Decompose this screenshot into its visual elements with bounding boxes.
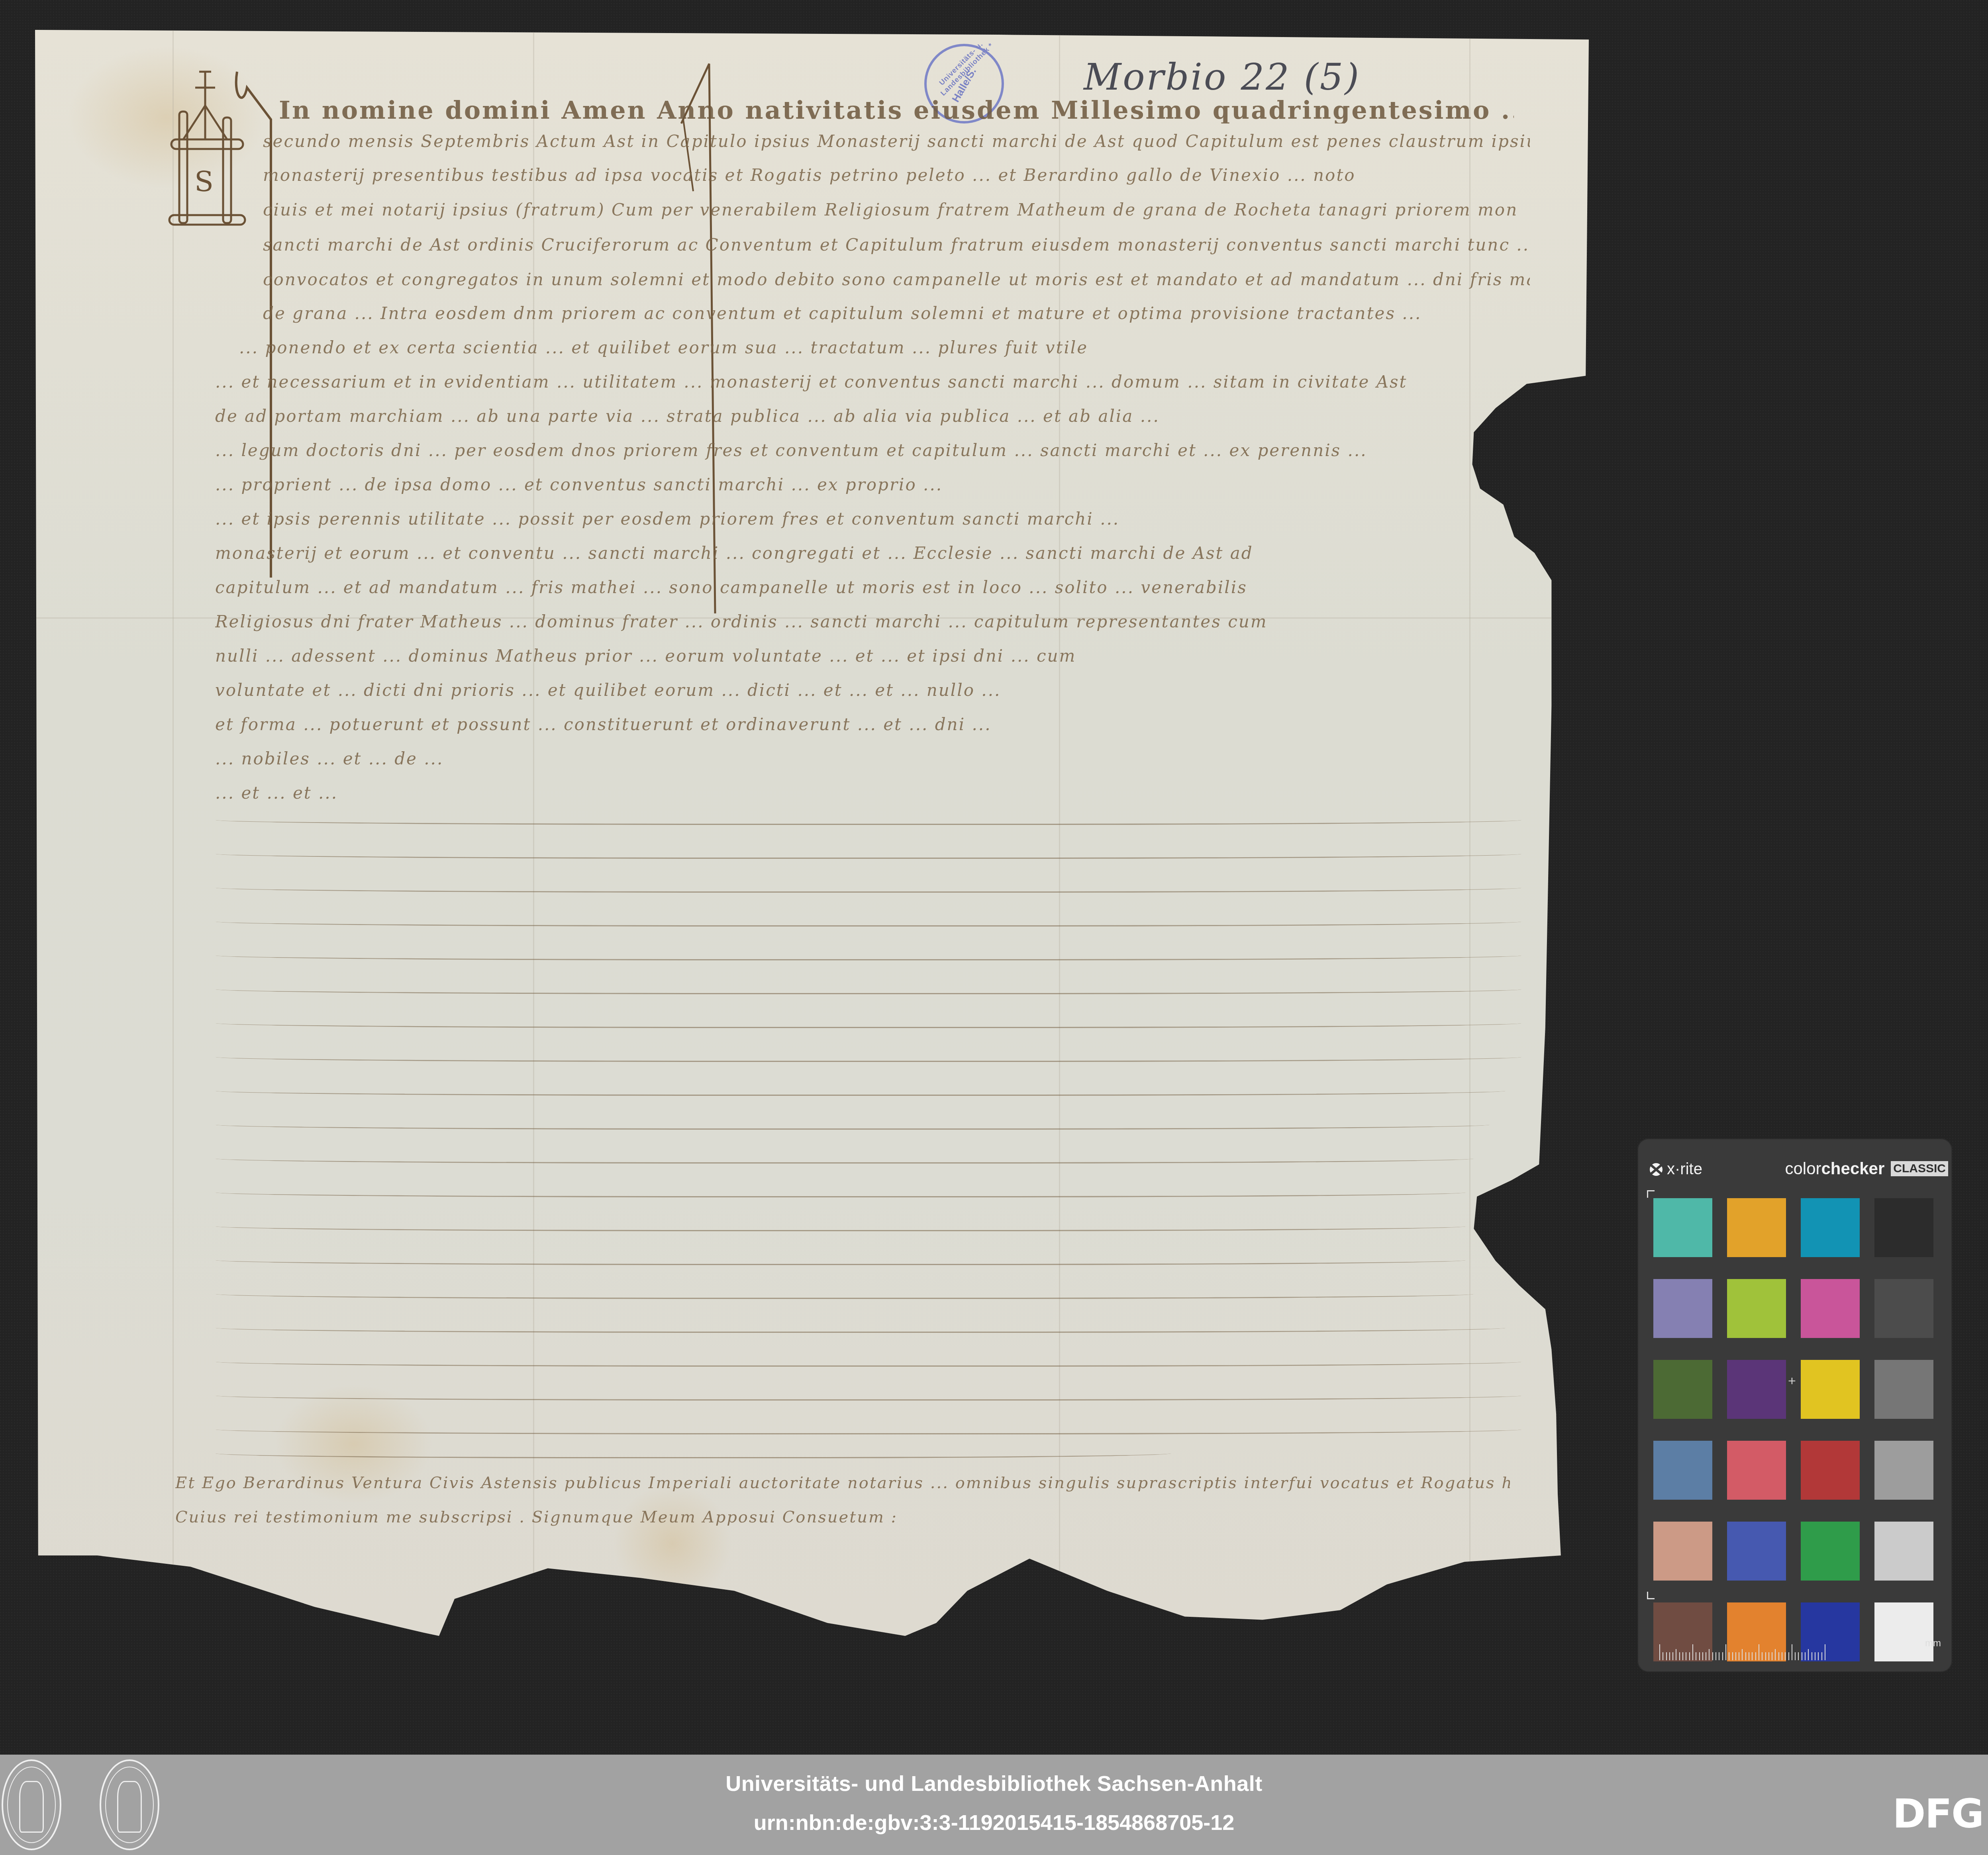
opening-line: In nomine domini Amen Anno nativitatis e… <box>279 96 1514 123</box>
text-line: monasterij presentibus testibus ad ipsa … <box>263 165 1530 193</box>
shelfmark-annotation: Morbio 22 (5) <box>1084 56 1361 98</box>
color-patch <box>1653 1522 1712 1581</box>
ruler-tick <box>1692 1644 1693 1660</box>
text-line: Religiosus dni frater Matheus ... dominu… <box>215 612 1370 640</box>
dfg-logo: DFG <box>1893 1790 1983 1837</box>
ruler-tick <box>1682 1652 1683 1660</box>
text-line: ... et ipsis perennis utilitate ... poss… <box>215 509 1355 537</box>
ruler-tick <box>1808 1649 1809 1660</box>
script-line <box>215 1050 1522 1062</box>
ruler-tick <box>1666 1652 1667 1660</box>
subscription-line: Et Ego Berardinus Ventura Civis Astensis… <box>175 1474 1510 1502</box>
script-line <box>215 1446 1171 1458</box>
ruler-tick <box>1752 1652 1753 1660</box>
ruler-tick <box>1785 1652 1786 1660</box>
institution-name: Universitäts- und Landesbibliothek Sachs… <box>0 1771 1988 1796</box>
xrite-brand: x·rite <box>1649 1160 1702 1178</box>
color-patch <box>1801 1198 1860 1257</box>
color-patch <box>1653 1360 1712 1419</box>
color-patch <box>1801 1441 1860 1500</box>
ruler-unit-label: mm <box>1925 1638 1941 1649</box>
color-patch <box>1653 1441 1712 1500</box>
text-line: sancti marchi de Ast ordinis Cruciferoru… <box>263 235 1530 263</box>
text-line: ... nobiles ... et ... de ... <box>215 749 1482 777</box>
script-line <box>215 948 1522 960</box>
crosshair-icon: + <box>1788 1373 1796 1389</box>
ruler-tick <box>1719 1652 1719 1660</box>
ruler-tick <box>1812 1652 1812 1660</box>
digitization-footer: Universitäts- und Landesbibliothek Sachs… <box>0 1755 1988 1855</box>
ruler-tick <box>1725 1644 1726 1660</box>
ruler-tick <box>1679 1652 1680 1660</box>
text-line: ... et necessarium et in evidentiam ... … <box>215 372 1410 400</box>
ruler-tick <box>1699 1652 1700 1660</box>
ruler-tick <box>1759 1644 1759 1660</box>
ruler-tick <box>1702 1652 1703 1660</box>
ruler-tick <box>1715 1652 1716 1660</box>
ruler-tick <box>1722 1652 1723 1660</box>
scan-background: S Universitäts- u. Landesbibliothek * Ha… <box>0 0 1988 1755</box>
text-line: voluntate et ... dicti dni prioris ... e… <box>215 680 1410 708</box>
xrite-brand-label: x·rite <box>1667 1160 1702 1178</box>
text-line: ... ponendo et ex certa scientia ... et … <box>239 338 1530 366</box>
ruler-tick <box>1729 1652 1729 1660</box>
colorchecker-card: x·rite color checker CLASSIC + mm <box>1637 1138 1952 1672</box>
script-line <box>215 982 1522 994</box>
ruler-tick <box>1689 1652 1690 1660</box>
color-patch <box>1727 1279 1786 1338</box>
script-line <box>215 1388 1522 1401</box>
classic-badge: CLASSIC <box>1891 1161 1948 1176</box>
script-line <box>215 813 1522 825</box>
script-line <box>215 1253 1466 1265</box>
text-line: ... legum doctoris dni ... per eosdem dn… <box>215 441 1370 468</box>
text-line: ciuis et mei notarij ipsius (fratrum) Cu… <box>263 200 1530 228</box>
corner-mark <box>1647 1190 1655 1198</box>
ruler-tick <box>1706 1652 1706 1660</box>
color-patch <box>1874 1360 1933 1419</box>
color-patch <box>1874 1441 1933 1500</box>
title-bold: checker <box>1821 1159 1885 1178</box>
script-line <box>215 846 1522 859</box>
ruler-tick <box>1709 1649 1710 1660</box>
mm-ruler <box>1659 1640 1906 1660</box>
color-patch <box>1874 1279 1933 1338</box>
script-line <box>215 1219 1466 1231</box>
text-line: de ad portam marchiam ... ab una parte v… <box>215 406 1370 434</box>
script-line <box>215 1117 1490 1130</box>
color-patch <box>1653 1198 1712 1257</box>
corner-mark <box>1647 1592 1655 1599</box>
text-line: ... proprient ... de ipsa domo ... et co… <box>215 475 1363 503</box>
ruler-tick <box>1772 1652 1772 1660</box>
script-line <box>215 1185 1466 1197</box>
ruler-tick <box>1768 1652 1769 1660</box>
ruler-tick <box>1802 1652 1802 1660</box>
color-patch <box>1801 1522 1860 1581</box>
script-line <box>215 880 1522 893</box>
ruler-tick <box>1676 1649 1676 1660</box>
ruler-tick <box>1792 1644 1792 1660</box>
ruler-tick <box>1765 1652 1766 1660</box>
script-line <box>215 1320 1506 1333</box>
color-patch <box>1727 1441 1786 1500</box>
ruler-tick <box>1795 1652 1796 1660</box>
text-line: et forma ... potuerunt et possunt ... co… <box>215 715 1450 742</box>
ruler-tick <box>1672 1652 1673 1660</box>
script-line <box>215 1422 1522 1434</box>
ruler-tick <box>1696 1652 1696 1660</box>
script-line <box>215 1287 1474 1299</box>
ruler-tick <box>1755 1652 1756 1660</box>
ruler-tick <box>1825 1644 1825 1660</box>
ruler-tick <box>1686 1652 1686 1660</box>
ruler-tick <box>1821 1652 1822 1660</box>
ruler-tick <box>1745 1652 1746 1660</box>
ruler-tick <box>1775 1649 1776 1660</box>
ruler-tick <box>1798 1652 1799 1660</box>
urn-identifier: urn:nbn:de:gbv:3:3-1192015415-1854868705… <box>0 1810 1988 1835</box>
water-stain <box>613 1484 732 1603</box>
color-patch <box>1653 1279 1712 1338</box>
text-line: secundo mensis Septembris Actum Ast in C… <box>263 131 1530 159</box>
text-line: nulli ... adessent ... dominus Matheus p… <box>215 646 1390 674</box>
title-light: color <box>1785 1159 1821 1178</box>
xrite-logo-icon <box>1649 1163 1663 1176</box>
text-line: capitulum ... et ad mandatum ... fris ma… <box>215 578 1355 605</box>
fold-line <box>173 30 174 1639</box>
svg-text:S: S <box>194 165 214 198</box>
script-line <box>215 914 1522 927</box>
ruler-tick <box>1749 1652 1749 1660</box>
ruler-tick <box>1818 1652 1819 1660</box>
ruler-tick <box>1732 1652 1733 1660</box>
ruler-tick <box>1742 1649 1743 1660</box>
color-patch <box>1727 1360 1786 1419</box>
script-line <box>215 1083 1506 1096</box>
colorchecker-title: color checker CLASSIC <box>1785 1159 1948 1178</box>
ruler-tick <box>1663 1652 1663 1660</box>
script-line <box>215 1016 1522 1028</box>
ruler-tick <box>1669 1652 1670 1660</box>
ruler-tick <box>1782 1652 1782 1660</box>
ruler-tick <box>1778 1652 1779 1660</box>
color-patch <box>1727 1522 1786 1581</box>
ruler-tick <box>1739 1652 1739 1660</box>
script-line <box>215 1354 1522 1367</box>
color-patch <box>1874 1522 1933 1581</box>
ruler-tick <box>1762 1652 1763 1660</box>
ruler-tick <box>1735 1652 1736 1660</box>
ruler-tick <box>1712 1652 1713 1660</box>
color-patch <box>1727 1198 1786 1257</box>
color-patch <box>1874 1198 1933 1257</box>
subscription-line: Cuius rei testimonium me subscripsi . Si… <box>175 1508 1052 1536</box>
color-patch <box>1801 1360 1860 1419</box>
script-line <box>215 1151 1474 1164</box>
ruler-tick <box>1815 1652 1815 1660</box>
ruler-tick <box>1659 1644 1660 1660</box>
ruler-tick <box>1788 1652 1789 1660</box>
text-line: convocatos et congregatos in unum solemn… <box>263 270 1530 298</box>
color-patch <box>1801 1279 1860 1338</box>
text-line: de grana ... Intra eosdem dnm priorem ac… <box>263 304 1530 331</box>
text-line: monasterij et eorum ... et conventu ... … <box>215 543 1355 571</box>
ruler-tick <box>1805 1652 1806 1660</box>
text-line: ... et ... et ... <box>215 783 1482 811</box>
